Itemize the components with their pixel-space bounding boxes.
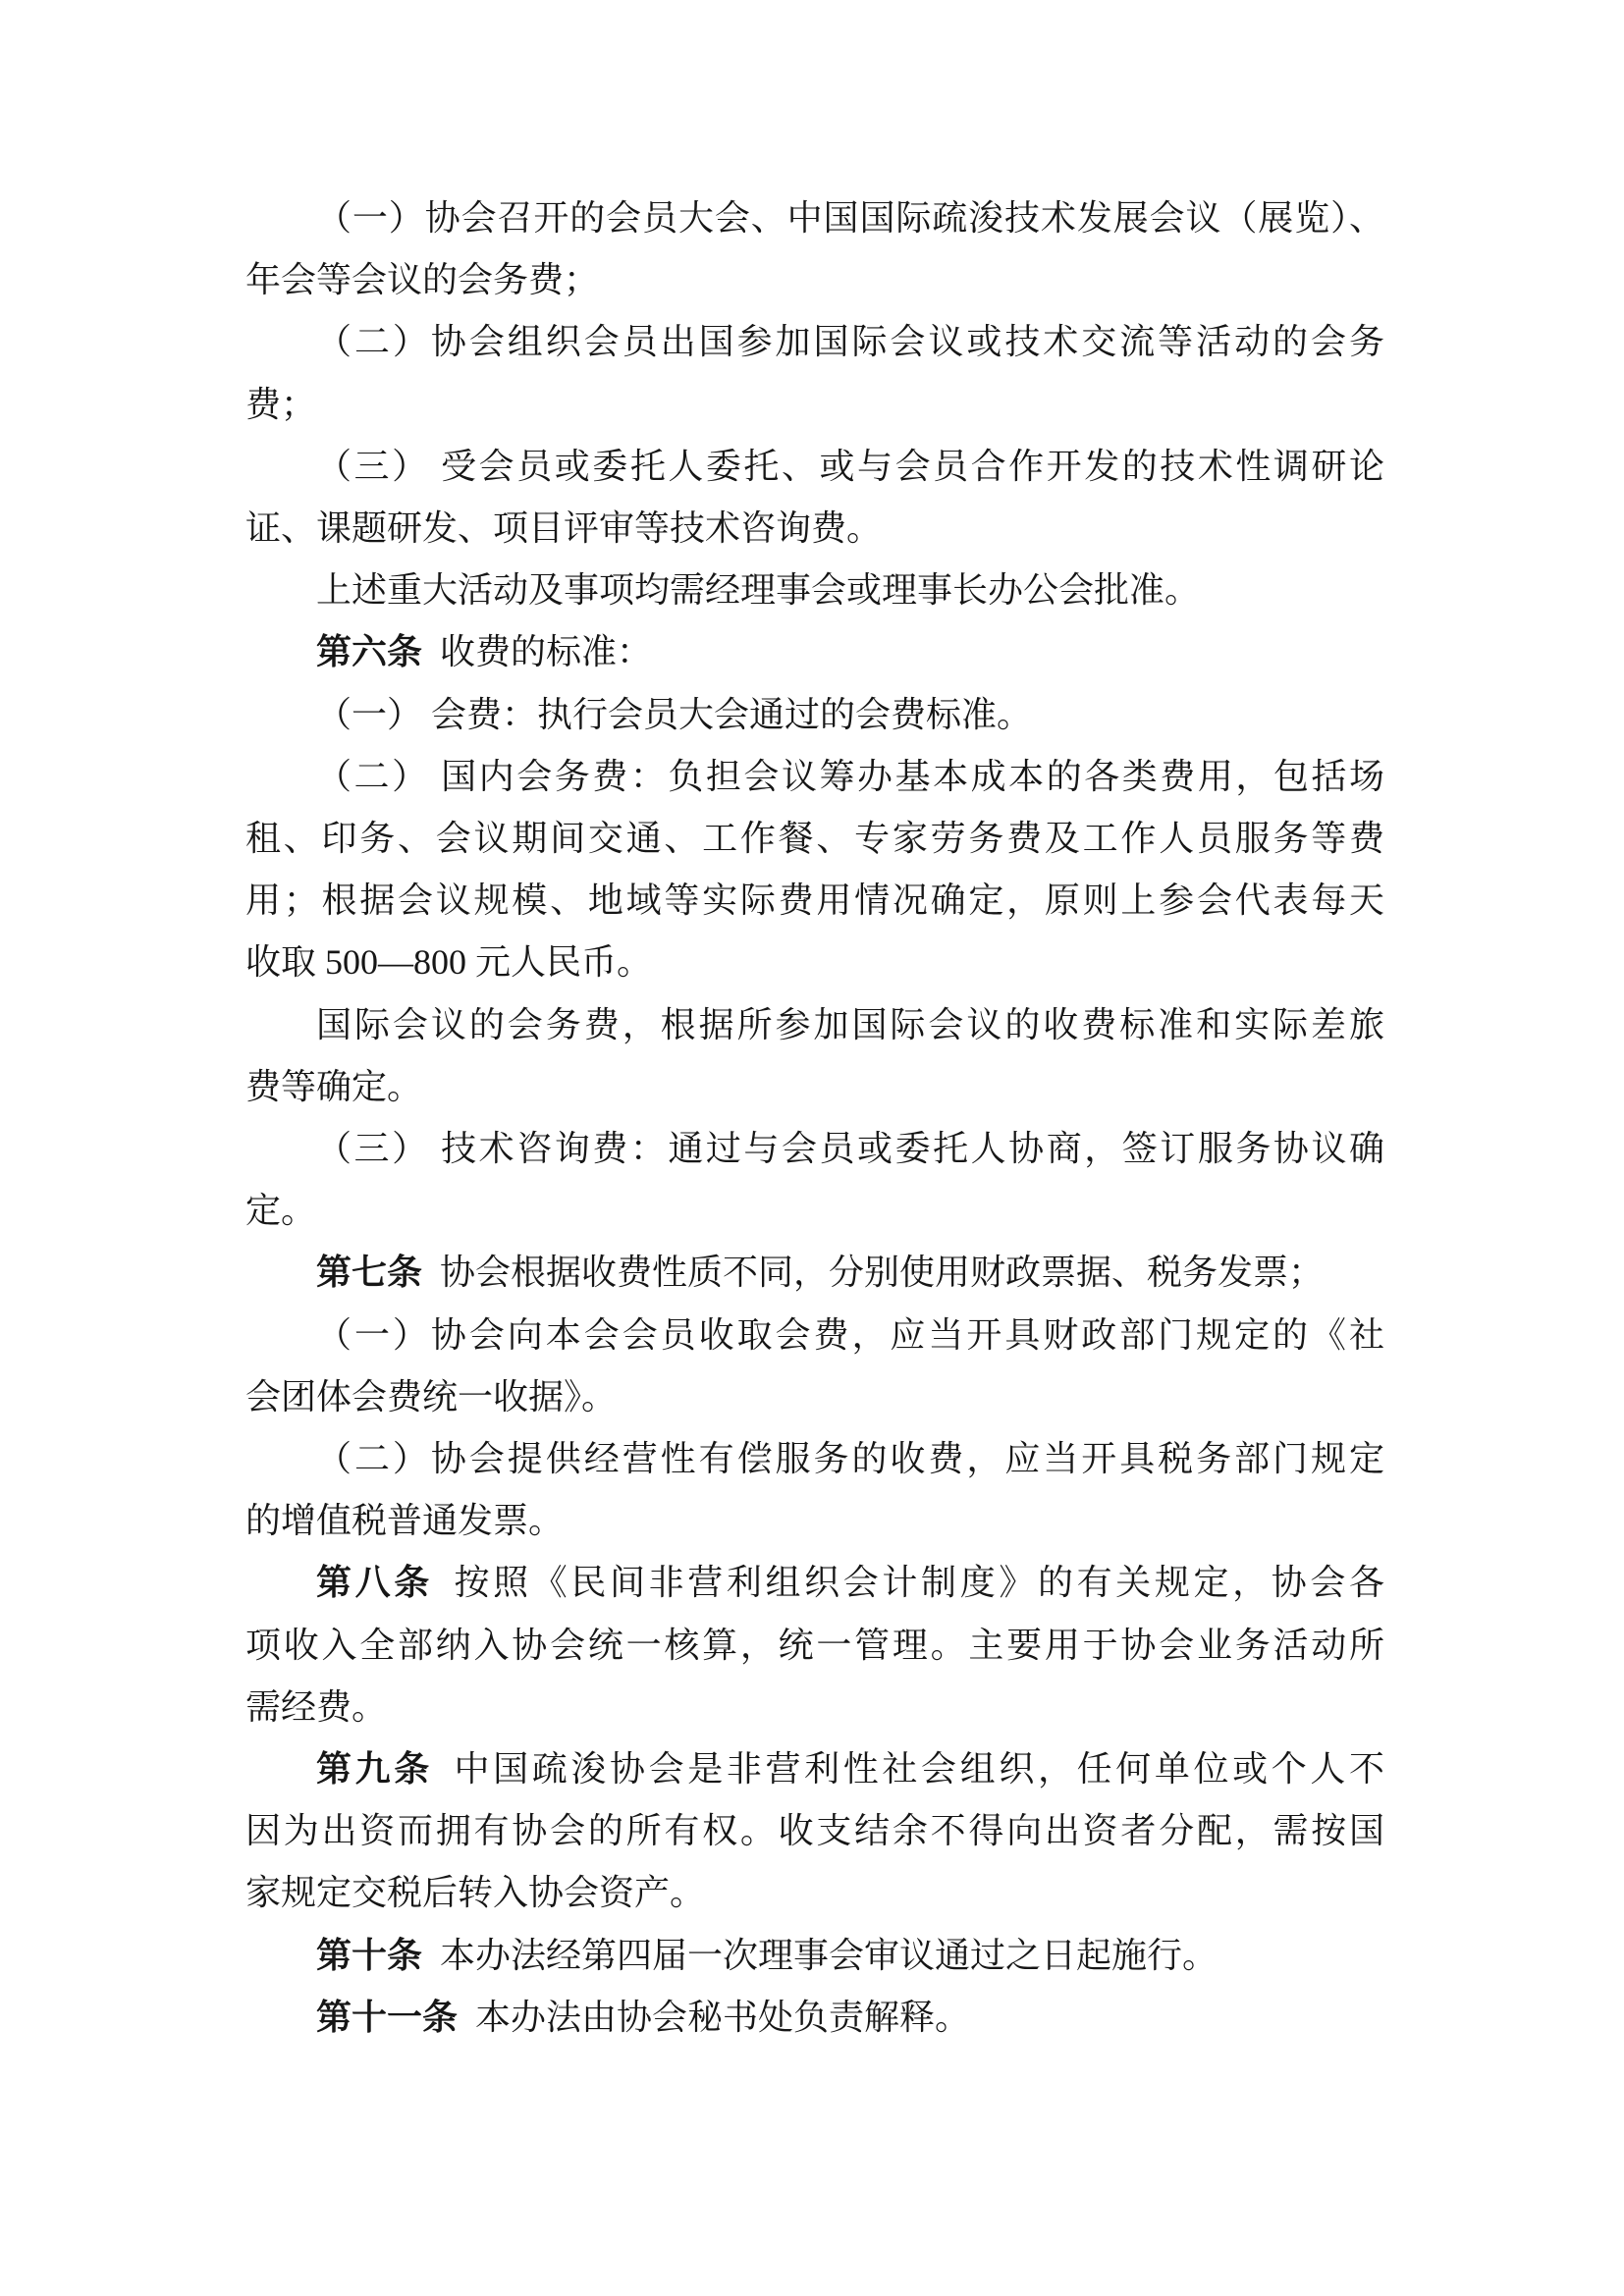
text-line: 定。 bbox=[245, 1180, 1384, 1242]
line-text: （二）协会组织会员出国参加国际会议或技术交流等活动的会务 bbox=[316, 322, 1384, 361]
line-text: 租、印务、会议期间交通、工作餐、专家劳务费及工作人员服务等费 bbox=[245, 819, 1384, 858]
text-line: 因为出资而拥有协会的所有权。收支结余不得向出资者分配，需按国 bbox=[245, 1800, 1384, 1862]
article-number: 第十条 bbox=[316, 1936, 422, 1975]
article-number: 第七条 bbox=[316, 1253, 422, 1292]
line-text: 本办法经第四届一次理事会审议通过之日起施行。 bbox=[422, 1936, 1218, 1975]
text-line: 国际会议的会务费，根据所参加国际会议的收费标准和实际差旅 bbox=[245, 994, 1384, 1056]
line-text: 国际会议的会务费，根据所参加国际会议的收费标准和实际差旅 bbox=[316, 1005, 1384, 1044]
line-text: （二）协会提供经营性有偿服务的收费，应当开具税务部门规定 bbox=[316, 1439, 1384, 1478]
text-line: 年会等会议的会务费； bbox=[245, 249, 1384, 311]
text-line: （一）协会向本会会员收取会费，应当开具财政部门规定的《社 bbox=[245, 1305, 1384, 1366]
line-text: （三） 技术咨询费：通过与会员或委托人协商，签订服务协议确 bbox=[316, 1129, 1384, 1168]
article-line: 第十条 本办法经第四届一次理事会审议通过之日起施行。 bbox=[245, 1925, 1384, 1987]
line-text: 家规定交税后转入协会资产。 bbox=[245, 1873, 705, 1912]
line-text: 按照《民间非营利组织会计制度》的有关规定，协会各 bbox=[433, 1563, 1384, 1602]
line-text: （一）协会召开的会员大会、中国国际疏浚技术发展会议（展览）、 bbox=[316, 198, 1384, 238]
line-text: （一）协会向本会会员收取会费，应当开具财政部门规定的《社 bbox=[316, 1315, 1384, 1355]
text-line: （二）协会提供经营性有偿服务的收费，应当开具税务部门规定 bbox=[245, 1428, 1384, 1490]
line-text: 会团体会费统一收据》。 bbox=[245, 1377, 617, 1416]
line-text: （二） 国内会务费：负担会议筹办基本成本的各类费用，包括场 bbox=[316, 757, 1384, 796]
line-text: 项收入全部纳入协会统一核算，统一管理。主要用于协会业务活动所 bbox=[245, 1626, 1384, 1665]
text-line: （三） 受会员或委托人委托、或与会员合作开发的技术性调研论 bbox=[245, 436, 1384, 498]
text-line: 家规定交税后转入协会资产。 bbox=[245, 1862, 1384, 1924]
text-line: 费等确定。 bbox=[245, 1056, 1384, 1118]
line-text: 的增值税普通发票。 bbox=[245, 1501, 564, 1540]
article-number: 第十一条 bbox=[316, 1998, 458, 2037]
line-text: 年会等会议的会务费； bbox=[245, 260, 599, 299]
article-number: 第六条 bbox=[316, 632, 422, 671]
article-number: 第九条 bbox=[316, 1749, 433, 1789]
text-line: （二） 国内会务费：负担会议筹办基本成本的各类费用，包括场 bbox=[245, 746, 1384, 808]
text-block: （一）协会召开的会员大会、中国国际疏浚技术发展会议（展览）、年会等会议的会务费；… bbox=[245, 187, 1384, 2049]
line-text: 费； bbox=[245, 385, 316, 424]
line-text: 需经费。 bbox=[245, 1687, 387, 1727]
line-text: 费等确定。 bbox=[245, 1067, 422, 1106]
article-number: 第八条 bbox=[316, 1563, 433, 1602]
line-text: 中国疏浚协会是非营利性社会组织，任何单位或个人不 bbox=[433, 1749, 1384, 1789]
line-text: 收取 500—800 元人民币。 bbox=[245, 942, 652, 982]
line-text: （三） 受会员或委托人委托、或与会员合作开发的技术性调研论 bbox=[316, 447, 1384, 486]
line-text: 因为出资而拥有协会的所有权。收支结余不得向出资者分配，需按国 bbox=[245, 1811, 1384, 1850]
article-line: 第九条 中国疏浚协会是非营利性社会组织，任何单位或个人不 bbox=[245, 1738, 1384, 1800]
text-line: （一）协会召开的会员大会、中国国际疏浚技术发展会议（展览）、 bbox=[245, 187, 1384, 249]
text-line: 需经费。 bbox=[245, 1677, 1384, 1738]
article-line: 第六条 收费的标准： bbox=[245, 621, 1384, 683]
line-text: 定。 bbox=[245, 1191, 316, 1230]
article-line: 第七条 协会根据收费性质不同，分别使用财政票据、税务发票； bbox=[245, 1242, 1384, 1304]
text-line: 费； bbox=[245, 374, 1384, 436]
text-line: 的增值税普通发票。 bbox=[245, 1490, 1384, 1552]
article-line: 第八条 按照《民间非营利组织会计制度》的有关规定，协会各 bbox=[245, 1552, 1384, 1614]
line-text: 协会根据收费性质不同，分别使用财政票据、税务发票； bbox=[422, 1253, 1324, 1292]
line-text: （一） 会费：执行会员大会通过的会费标准。 bbox=[316, 695, 1032, 734]
text-line: （一） 会费：执行会员大会通过的会费标准。 bbox=[245, 684, 1384, 746]
line-text: 上述重大活动及事项均需经理事会或理事长办公会批准。 bbox=[316, 570, 1200, 610]
text-line: 上述重大活动及事项均需经理事会或理事长办公会批准。 bbox=[245, 560, 1384, 621]
text-line: 项收入全部纳入协会统一核算，统一管理。主要用于协会业务活动所 bbox=[245, 1615, 1384, 1677]
text-line: （二）协会组织会员出国参加国际会议或技术交流等活动的会务 bbox=[245, 311, 1384, 373]
text-line: （三） 技术咨询费：通过与会员或委托人协商，签订服务协议确 bbox=[245, 1118, 1384, 1180]
article-line: 第十一条 本办法由协会秘书处负责解释。 bbox=[245, 1987, 1384, 2049]
line-text: 用；根据会议规模、地域等实际费用情况确定，原则上参会代表每天 bbox=[245, 881, 1384, 920]
text-line: 用；根据会议规模、地域等实际费用情况确定，原则上参会代表每天 bbox=[245, 870, 1384, 932]
text-line: 会团体会费统一收据》。 bbox=[245, 1366, 1384, 1428]
line-text: 收费的标准： bbox=[422, 632, 652, 671]
text-line: 收取 500—800 元人民币。 bbox=[245, 932, 1384, 993]
document-page: （一）协会召开的会员大会、中国国际疏浚技术发展会议（展览）、年会等会议的会务费；… bbox=[0, 0, 1624, 2296]
text-line: 租、印务、会议期间交通、工作餐、专家劳务费及工作人员服务等费 bbox=[245, 808, 1384, 870]
text-line: 证、课题研发、项目评审等技术咨询费。 bbox=[245, 498, 1384, 560]
line-text: 证、课题研发、项目评审等技术咨询费。 bbox=[245, 508, 882, 548]
line-text: 本办法由协会秘书处负责解释。 bbox=[458, 1998, 970, 2037]
